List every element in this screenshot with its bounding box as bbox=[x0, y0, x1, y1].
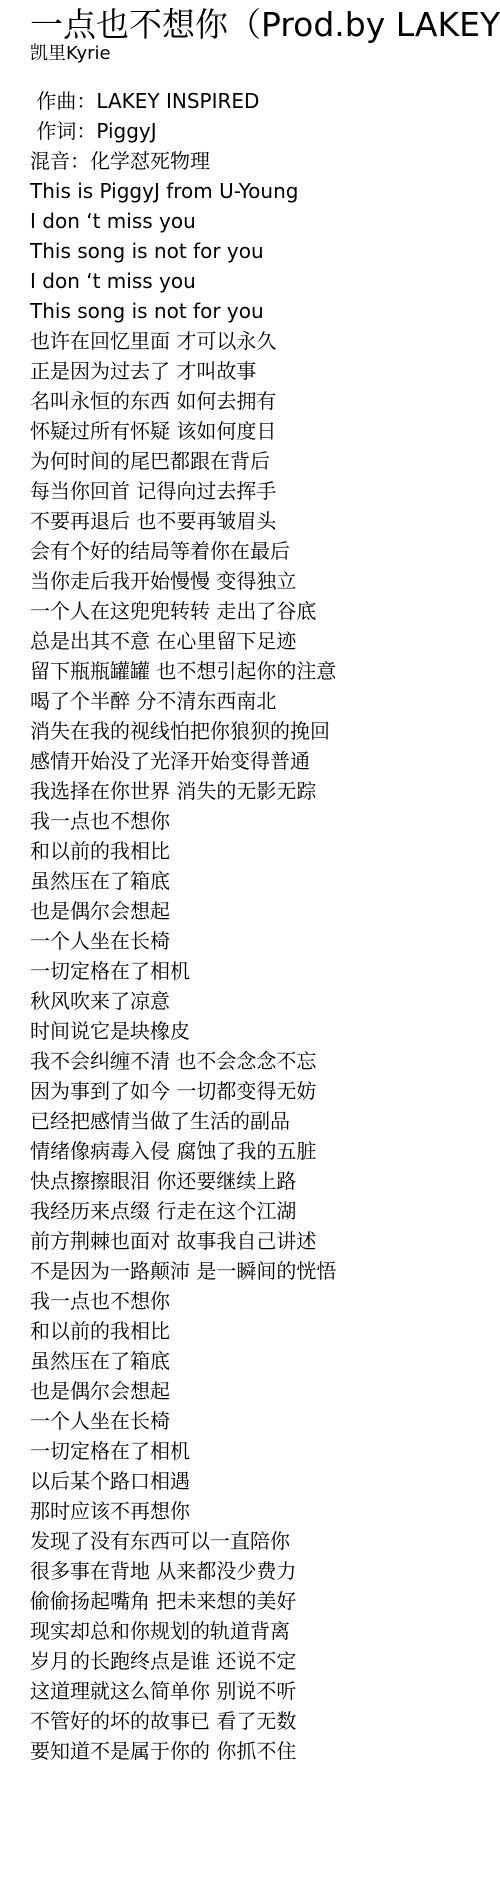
lyric-line: 前方荆棘也面对 故事我自己讲述 bbox=[30, 1226, 500, 1256]
lyric-line: 虽然压在了箱底 bbox=[30, 1346, 500, 1376]
lyric-line: 我选择在你世界 消失的无影无踪 bbox=[30, 776, 500, 806]
credit-line: 作曲：LAKEY INSPIRED bbox=[30, 86, 500, 116]
artist-name: 凯里Kyrie bbox=[30, 44, 500, 64]
lyrics-page: 一点也不想你（Prod.by LAKEY IN 凯里Kyrie 作曲：LAKEY… bbox=[0, 0, 500, 1900]
credits-list: 作曲：LAKEY INSPIRED 作词：PiggyJ混音：化学怼死物理 bbox=[30, 86, 500, 176]
lyric-line: 每当你回首 记得向过去挥手 bbox=[30, 476, 500, 506]
lyric-line: 情绪像病毒入侵 腐蚀了我的五脏 bbox=[30, 1136, 500, 1166]
credit-line: 混音：化学怼死物理 bbox=[30, 146, 500, 176]
lyric-line: 时间说它是块橡皮 bbox=[30, 1016, 500, 1046]
lyric-line: 怀疑过所有怀疑 该如何度日 bbox=[30, 416, 500, 446]
lyric-line: 一个人坐在长椅 bbox=[30, 926, 500, 956]
lyric-line: 留下瓶瓶罐罐 也不想引起你的注意 bbox=[30, 656, 500, 686]
lyric-line: 也许在回忆里面 才可以永久 bbox=[30, 326, 500, 356]
lyric-line: 要知道不是属于你的 你抓不住 bbox=[30, 1736, 500, 1766]
lyric-line: 也是偶尔会想起 bbox=[30, 1376, 500, 1406]
lyric-line: 会有个好的结局等着你在最后 bbox=[30, 536, 500, 566]
lyric-line: 一切定格在了相机 bbox=[30, 956, 500, 986]
lyric-line: 正是因为过去了 才叫故事 bbox=[30, 356, 500, 386]
lyric-line: 总是出其不意 在心里留下足迹 bbox=[30, 626, 500, 656]
lyric-line: 我一点也不想你 bbox=[30, 1286, 500, 1316]
lyric-line: I don ‘t miss you bbox=[30, 266, 500, 296]
lyric-line: 消失在我的视线怕把你狼狈的挽回 bbox=[30, 716, 500, 746]
lyric-line: 已经把感情当做了生活的副品 bbox=[30, 1106, 500, 1136]
lyric-line: 秋风吹来了凉意 bbox=[30, 986, 500, 1016]
lyric-line: 和以前的我相比 bbox=[30, 836, 500, 866]
lyric-line: 不管好的坏的故事已 看了无数 bbox=[30, 1706, 500, 1736]
lyric-line: 这道理就这么简单你 别说不听 bbox=[30, 1676, 500, 1706]
lyric-line: 一切定格在了相机 bbox=[30, 1436, 500, 1466]
lyric-line: I don ‘t miss you bbox=[30, 206, 500, 236]
lyric-line: 很多事在背地 从来都没少费力 bbox=[30, 1556, 500, 1586]
lyrics-block: 作曲：LAKEY INSPIRED 作词：PiggyJ混音：化学怼死物理 Thi… bbox=[30, 86, 500, 1766]
lyric-line: 发现了没有东西可以一直陪你 bbox=[30, 1526, 500, 1556]
lyric-line: 感情开始没了光泽开始变得普通 bbox=[30, 746, 500, 776]
lyric-line: 也是偶尔会想起 bbox=[30, 896, 500, 926]
lyric-line: 现实却总和你规划的轨道背离 bbox=[30, 1616, 500, 1646]
lyric-line: 我经历来点缀 行走在这个江湖 bbox=[30, 1196, 500, 1226]
lyric-line: 和以前的我相比 bbox=[30, 1316, 500, 1346]
lyric-line: 因为事到了如今 一切都变得无妨 bbox=[30, 1076, 500, 1106]
lyric-line: 不是因为一路颠沛 是一瞬间的恍悟 bbox=[30, 1256, 500, 1286]
lyric-line: 那时应该不再想你 bbox=[30, 1496, 500, 1526]
lyric-line: 我不会纠缠不清 也不会念念不忘 bbox=[30, 1046, 500, 1076]
lyric-line: 喝了个半醉 分不清东西南北 bbox=[30, 686, 500, 716]
lyric-line: 我一点也不想你 bbox=[30, 806, 500, 836]
lyric-line: 偷偷扬起嘴角 把未来想的美好 bbox=[30, 1586, 500, 1616]
lyric-line: 不要再退后 也不要再皱眉头 bbox=[30, 506, 500, 536]
lyric-line: 岁月的长跑终点是谁 还说不定 bbox=[30, 1646, 500, 1676]
lyric-line: 虽然压在了箱底 bbox=[30, 866, 500, 896]
lyric-line: This is PiggyJ from U-Young bbox=[30, 176, 500, 206]
lyric-line: 一个人在这兜兜转转 走出了谷底 bbox=[30, 596, 500, 626]
lyric-line: 快点擦擦眼泪 你还要继续上路 bbox=[30, 1166, 500, 1196]
lyric-line: This song is not for you bbox=[30, 296, 500, 326]
lyric-line: 一个人坐在长椅 bbox=[30, 1406, 500, 1436]
lyrics-list: This is PiggyJ from U-YoungI don ‘t miss… bbox=[30, 176, 500, 1766]
song-title: 一点也不想你（Prod.by LAKEY IN bbox=[30, 0, 500, 44]
lyric-line: 名叫永恒的东西 如何去拥有 bbox=[30, 386, 500, 416]
lyric-line: This song is not for you bbox=[30, 236, 500, 266]
lyric-line: 当你走后我开始慢慢 变得独立 bbox=[30, 566, 500, 596]
lyric-line: 为何时间的尾巴都跟在背后 bbox=[30, 446, 500, 476]
lyric-line: 以后某个路口相遇 bbox=[30, 1466, 500, 1496]
credit-line: 作词：PiggyJ bbox=[30, 116, 500, 146]
